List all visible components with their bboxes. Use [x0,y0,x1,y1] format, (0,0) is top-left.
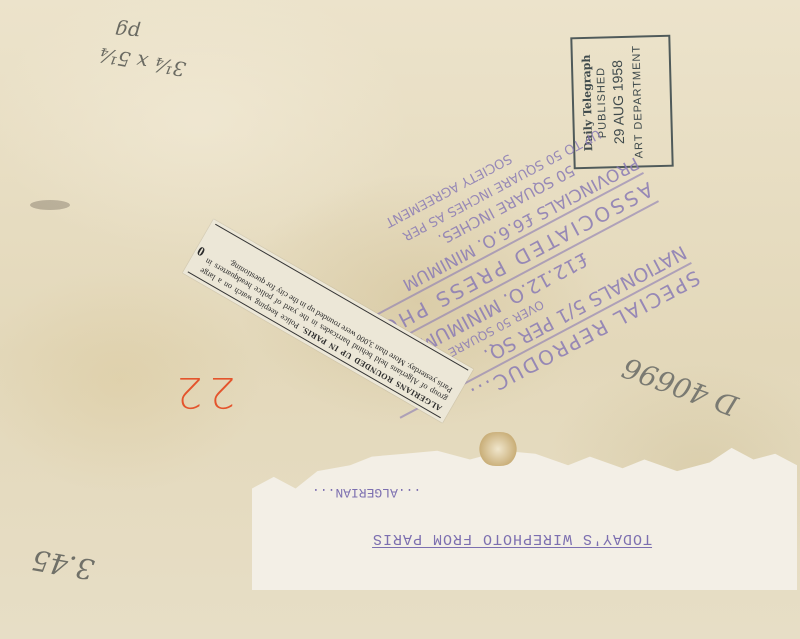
wire-tag-line: TODAY'S WIREPHOTO FROM PARIS [372,530,652,548]
glue-blob [478,432,518,466]
wire-tag-line: ...ALGERIAN... [312,485,421,500]
pencil-page-note: pg [114,19,142,45]
stamp-department: ART DEPARTMENT [630,39,645,163]
stain [30,200,70,210]
red-pencil-marking: 22 [170,368,235,417]
